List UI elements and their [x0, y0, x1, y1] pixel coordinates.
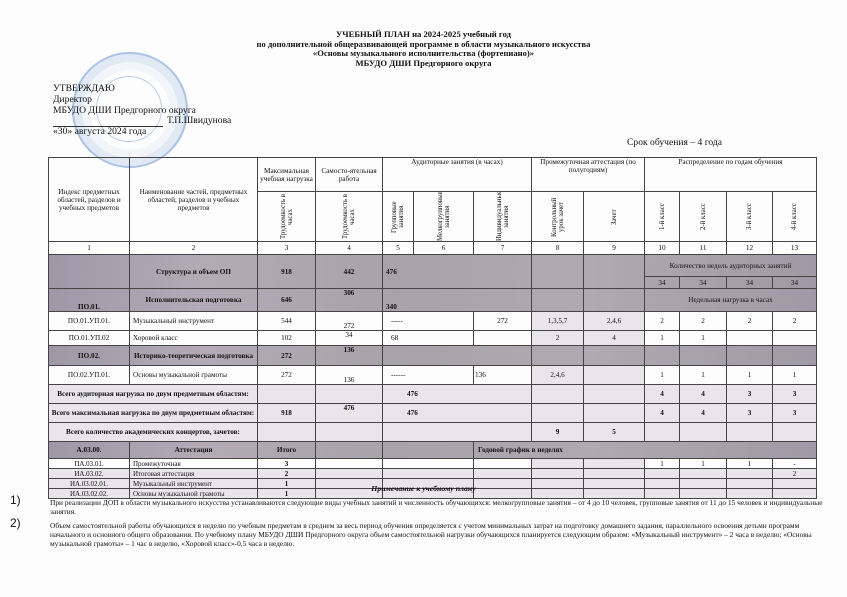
weeks-y1: 34: [645, 277, 680, 289]
table-row: ПО.01.УП.01. Музыкальный инструмент 544 …: [49, 312, 817, 331]
att-row-total: 3: [258, 459, 316, 469]
row-index: ПО.01.УП.01.: [49, 312, 130, 331]
total-aud-y3: 3: [727, 385, 773, 404]
att-row-name: Итоговая аттестация: [130, 469, 258, 479]
total-concerts-row: Всего количество академических концертов…: [49, 423, 817, 442]
subheader-7: Индивидуальные занятия: [496, 193, 510, 241]
header-index: Индекс предметных областей, разделов и у…: [49, 158, 130, 242]
po01-name: Исполнительская подготовка: [130, 289, 258, 312]
subheader-10: 1-й класс: [659, 193, 666, 241]
row-indiv: 272: [474, 312, 532, 331]
att-row-y2: 1: [680, 459, 727, 469]
note-text: Объем самостоятельной работы обучающихся…: [50, 521, 830, 549]
col-number: 2: [130, 242, 258, 255]
po02-index: ПО.02.: [49, 346, 130, 366]
total-aud-row: Всего аудиторная нагрузка по двум предме…: [49, 385, 817, 404]
table-row: ПА.03.01. Промежуточная 3 1 1 1 -: [49, 459, 817, 469]
att-row-index: ПА.03.01.: [49, 459, 130, 469]
header-max-load: Максимальная учебная нагрузка: [258, 158, 316, 192]
total-max-aud: 476: [383, 404, 532, 423]
col-number: 3: [258, 242, 316, 255]
header-name: Наименование частей, предметных областей…: [130, 158, 258, 242]
row-control: 2,4,6: [532, 366, 584, 385]
row-y1: 1: [645, 331, 680, 346]
note-item: 1) При реализации ДОП в области музыкаль…: [10, 498, 830, 516]
note-number: 1): [10, 496, 21, 505]
po01-max: 646: [258, 289, 316, 312]
att-name: Аттестация: [130, 442, 258, 459]
col-number: 11: [680, 242, 727, 255]
col-number: 4: [316, 242, 383, 255]
row-self: 272: [316, 312, 383, 331]
subheader-12: 3-й класс: [746, 193, 753, 241]
total-max-self: 476: [316, 404, 383, 423]
table-row: ПО.01.УП.02 Хоровой класс 102 34 68 2 4 …: [49, 331, 817, 346]
row-y2: 2: [680, 312, 727, 331]
row-y1: 2: [645, 312, 680, 331]
notes-title: Примечание к учебному плану: [0, 484, 847, 493]
total-aud-value: 476: [383, 385, 532, 404]
col-number: 9: [584, 242, 645, 255]
col-number: 5: [383, 242, 414, 255]
po01-self: 306: [316, 289, 383, 312]
subheader-9: Зачет: [611, 193, 618, 241]
col-number: 12: [727, 242, 773, 255]
att-row-y3: 1: [727, 459, 773, 469]
row-max: 544: [258, 312, 316, 331]
row-name: Музыкальный инструмент: [130, 312, 258, 331]
row-credit: [584, 366, 645, 385]
total-max-y2: 4: [680, 404, 727, 423]
total-aud-label: Всего аудиторная нагрузка по двум предме…: [49, 385, 258, 404]
weeks-y2: 34: [680, 277, 727, 289]
subheader-11: 2-й класс: [700, 193, 707, 241]
row-y3: [727, 331, 773, 346]
section-po01-row: ПО.01. Исполнительская подготовка 646 30…: [49, 289, 817, 312]
col-number: 10: [645, 242, 680, 255]
att-row-total: 2: [258, 469, 316, 479]
att-row-y1: [645, 469, 680, 479]
subheader-6: Мелкогрупповые занятия: [437, 193, 451, 241]
row-max: 272: [258, 366, 316, 385]
weeks-y4: 34: [773, 277, 817, 289]
row-y1: 1: [645, 366, 680, 385]
column-numbers-row: 1 2 3 4 5 6 7 8 9 10 11 12 13: [49, 242, 817, 255]
header-auditory: Аудиторные занятия (в часах): [383, 158, 532, 192]
att-row-y4: -: [773, 459, 817, 469]
row-control: 1,3,5,7: [532, 312, 584, 331]
subheader-4: Трудоемкость в часах: [342, 193, 356, 241]
total-concerts-credit: 5: [584, 423, 645, 442]
att-row-y1: 1: [645, 459, 680, 469]
total-aud-y1: 4: [645, 385, 680, 404]
approval-block: УТВЕРЖДАЮ Директор МБУДО ДШИ Предгорного…: [53, 84, 231, 138]
att-row-y3: [727, 469, 773, 479]
subheader-13: 4-й класс: [791, 193, 798, 241]
row-control: 2: [532, 331, 584, 346]
note-number: 2): [10, 519, 21, 528]
total-max-row: Всего максимальная нагрузка по двум пред…: [49, 404, 817, 423]
study-term: Срок обучения – 4 года: [627, 137, 722, 148]
total-max-y4: 3: [773, 404, 817, 423]
row-self: 136: [316, 366, 383, 385]
row-group: ------: [383, 366, 474, 385]
row-group: 68: [383, 331, 474, 346]
att-index: А.03.00.: [49, 442, 130, 459]
row-group: -----: [383, 312, 474, 331]
po01-index: ПО.01.: [49, 289, 130, 312]
row-y2: 1: [680, 331, 727, 346]
title-line-4: МБУДО ДШИ Предгорного округа: [0, 59, 847, 69]
structure-row: Структура и объем ОП 918 442 476 Количес…: [49, 255, 817, 277]
row-name: Хоровой класс: [130, 331, 258, 346]
row-y4: 2: [773, 312, 817, 331]
po02-self: 136: [316, 346, 383, 366]
table-row: ПО.02.УП.01. Основы музыкальной грамоты …: [49, 366, 817, 385]
row-index: ПО.02.УП.01.: [49, 366, 130, 385]
col-number: 6: [414, 242, 474, 255]
section-po02-row: ПО.02. Историко-теоретическая подготовка…: [49, 346, 817, 366]
structure-name: Структура и объем ОП: [130, 255, 258, 289]
signature-name: Т.П.Швидунова: [167, 115, 231, 126]
total-aud-y4: 3: [773, 385, 817, 404]
att-row-index: ИА.03.02.: [49, 469, 130, 479]
row-y3: 2: [727, 312, 773, 331]
col-number: 8: [532, 242, 584, 255]
attestation-header-row: А.03.00. Аттестация Итого Годовой график…: [49, 442, 817, 459]
row-index: ПО.01.УП.02: [49, 331, 130, 346]
att-row-y2: [680, 469, 727, 479]
structure-self: 442: [316, 255, 383, 289]
approver-position: Директор: [53, 95, 231, 106]
row-small: 136: [474, 366, 532, 385]
po02-name: Историко-теоретическая подготовка: [130, 346, 258, 366]
row-y2: 1: [680, 366, 727, 385]
row-self: 34: [316, 331, 383, 346]
row-y3: 1: [727, 366, 773, 385]
att-total-label: Итого: [258, 442, 316, 459]
total-concerts-control: 9: [532, 423, 584, 442]
row-max: 102: [258, 331, 316, 346]
row-credit: 2,4,6: [584, 312, 645, 331]
total-max-label: Всего максимальная нагрузка по двум пред…: [49, 404, 258, 423]
structure-aud: 476: [383, 255, 532, 289]
note-item: 2) Объем самостоятельной работы обучающи…: [10, 521, 830, 549]
col-number: 13: [773, 242, 817, 255]
total-concerts-label: Всего количество академических концертов…: [49, 423, 258, 442]
subheader-5: Групповые занятия: [391, 193, 405, 241]
att-row-y4: 2: [773, 469, 817, 479]
total-max-value: 918: [258, 404, 316, 423]
att-row-name: Промежуточная: [130, 459, 258, 469]
po01-aud: 340: [383, 289, 532, 312]
curriculum-table: Индекс предметных областей, разделов и у…: [48, 157, 817, 499]
structure-max: 918: [258, 255, 316, 289]
row-y4: 1: [773, 366, 817, 385]
subheader-3: Трудоемкость в часах: [280, 193, 294, 241]
document-title: УЧЕБНЫЙ ПЛАН на 2024-2025 учебный год по…: [0, 30, 847, 68]
weeks-label: Количество недель аудиторных занятий: [645, 255, 817, 277]
row-indiv: [474, 331, 532, 346]
total-max-y1: 4: [645, 404, 680, 423]
po02-max: 272: [258, 346, 316, 366]
row-credit: 4: [584, 331, 645, 346]
header-attestation: Промежуточная аттестация (по полугодиям): [532, 158, 645, 192]
table-row: ИА.03.02. Итоговая аттестация 2 2: [49, 469, 817, 479]
approval-date: «30» августа 2024 года: [53, 127, 231, 138]
header-distribution: Распределение по годам обучения: [645, 158, 817, 192]
weekly-label: Недельная нагрузка в часах: [645, 289, 817, 312]
total-aud-y2: 4: [680, 385, 727, 404]
col-number: 7: [474, 242, 532, 255]
col-number: 1: [49, 242, 130, 255]
weeks-y3: 34: [727, 277, 773, 289]
total-max-y3: 3: [727, 404, 773, 423]
note-text: При реализации ДОП в области музыкальног…: [50, 498, 830, 516]
header-self-work: Самосто-ятельная работа: [316, 158, 383, 192]
row-name: Основы музыкальной грамоты: [130, 366, 258, 385]
subheader-8: Контрольный урок зачет: [551, 193, 565, 241]
row-y4: [773, 331, 817, 346]
att-schedule-label: Годовой график в неделях: [474, 442, 817, 459]
